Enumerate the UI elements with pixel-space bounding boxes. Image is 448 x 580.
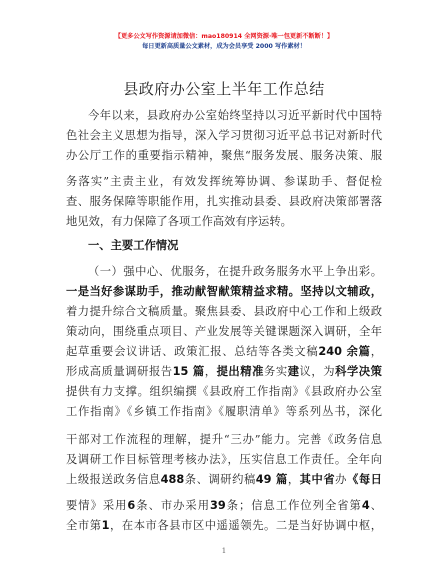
paragraph-line: 办公厅工作的重要指示精神，聚焦“服务发展、服务决策、服 xyxy=(66,146,382,166)
bold-text: 4 xyxy=(362,499,370,512)
paragraph-line: 要情》采用6条、市办采用39条；信息工作位列全省第4、 xyxy=(66,496,382,516)
text: （一）强中心、优服务，在提升政务服务水平上争出彩。 xyxy=(88,265,382,278)
paragraph-line: 策动向，围绕重点项目、产业发展等关键课题深入调研，全年 xyxy=(66,322,382,342)
paragraph-line: 查、服务保障等职能作用，扎实推动县委、县政府决策部署落 xyxy=(66,192,382,212)
paragraph-line: 全市第1，在本市各县市区中遥遥领先。二是当好协调中枢， xyxy=(66,516,382,536)
paragraph-line: 起草重要会议讲话、政策汇报、总结等各类文稿240 余篇， xyxy=(66,342,382,362)
paragraph-line: 及调研工作目标管理考核办法》，压实信息工作责任。全年向 xyxy=(66,450,382,470)
bold-text: 240 余篇 xyxy=(318,345,370,358)
bold-text: 其中省 xyxy=(300,473,336,486)
text: 上级报送政务信息 xyxy=(66,473,161,486)
bold-text: 一是当好参谋助手，推动献智献策精益求精。坚持以文辅政， xyxy=(66,285,382,298)
text: 办 xyxy=(335,473,347,486)
text: 条、市办采用 xyxy=(135,499,210,512)
paragraph-line: 今年以来，县政府办公室始终坚持以习近平新时代中国特 xyxy=(88,106,382,126)
bold-text: 一、主要工作情况 xyxy=(88,239,178,252)
bold-text: 《每日 xyxy=(347,473,382,486)
bold-text: 39 xyxy=(210,499,226,512)
text: 提供有力支撑。组织编撰《县政府工作指南》《县政府办公室 xyxy=(66,385,382,398)
text: 着力提升综合文稿质量。聚焦县委、县政府中心工作和上级政 xyxy=(66,305,382,318)
bold-text: 建 xyxy=(288,365,300,378)
text: 今年以来，县政府办公室始终坚持以习近平新时代中国特 xyxy=(88,109,382,122)
text: ， xyxy=(205,365,217,378)
paragraph-line: 一是当好参谋助手，推动献智献策精益求精。坚持以文辅政， xyxy=(66,282,382,302)
bold-text: 49 篇 xyxy=(256,473,288,486)
paragraph-line: 提供有力支撑。组织编撰《县政府工作指南》《县政府办公室 xyxy=(66,382,382,402)
paragraph-line: 地见效，有力保障了各项工作高效有序运转。 xyxy=(66,212,382,232)
section-heading: 一、主要工作情况 xyxy=(88,236,382,256)
text: 策动向，围绕重点项目、产业发展等关键课题深入调研，全年 xyxy=(66,325,382,338)
text: ，在本市各县市区中遥遥领先。二是当好协调中枢， xyxy=(109,519,382,532)
text: 务实 xyxy=(264,365,288,378)
bold-text: 科学决策 xyxy=(335,365,382,378)
document-title: 县政府办公室上半年工作总结 xyxy=(0,78,448,99)
text: 务落实”主责主业，有效发挥统筹协调、参谋助手、督促检 xyxy=(66,175,382,188)
page-number: 1 xyxy=(0,547,448,555)
text: 干部对工作流程的理解，提升“三办”能力。完善《政务信息 xyxy=(66,433,382,446)
text: 查、服务保障等职能作用，扎实推动县委、县政府决策部署落 xyxy=(66,195,382,208)
bold-text: 提出精准 xyxy=(217,365,264,378)
text: 色社会主义思想为指导，深入学习贯彻习近平总书记对新时代 xyxy=(66,129,382,142)
bold-text: 15 篇 xyxy=(173,365,205,378)
paragraph-line: （一）强中心、优服务，在提升政务服务水平上争出彩。 xyxy=(88,262,382,282)
text: 工作指南》《乡镇工作指南》《履职清单》等系列丛书，深化 xyxy=(66,405,382,418)
text: 条；信息工作位列全省第 xyxy=(226,499,362,512)
paragraph-line: 工作指南》《乡镇工作指南》《履职清单》等系列丛书，深化 xyxy=(66,402,382,422)
text: 形成高质量调研报告 xyxy=(66,365,173,378)
bold-text: 488 xyxy=(161,473,185,486)
paragraph-line: 干部对工作流程的理解，提升“三办”能力。完善《政务信息 xyxy=(66,430,382,450)
promo-line-blue: 每日更新高质量公文素材，成为会员享受 2000 写作素材！ xyxy=(0,41,448,50)
paragraph-line: 色社会主义思想为指导，深入学习贯彻习近平总书记对新时代 xyxy=(66,126,382,146)
text: 办公厅工作的重要指示精神，聚焦“服务发展、服务决策、服 xyxy=(66,149,382,162)
paragraph-line: 形成高质量调研报告15 篇，提出精准务实建议，为科学决策 xyxy=(66,362,382,382)
text: 及调研工作目标管理考核办法》，压实信息工作责任。全年向 xyxy=(66,453,382,466)
text: 要情》采用 xyxy=(66,499,127,512)
text: ， xyxy=(288,473,300,486)
paragraph-line: 上级报送政务信息488条、调研约稿49 篇，其中省办《每日 xyxy=(66,470,382,490)
text: 、 xyxy=(370,499,382,512)
paragraph-line: 务落实”主责主业，有效发挥统筹协调、参谋助手、督促检 xyxy=(66,172,382,192)
text: 议，为 xyxy=(300,365,336,378)
text: 全市第 xyxy=(66,519,102,532)
promo-line-red: 【更多公文写作资源请加微信：mao180914 全网资源·唯一包更新不断断！】 xyxy=(0,31,448,40)
paragraph-line: 着力提升综合文稿质量。聚焦县委、县政府中心工作和上级政 xyxy=(66,302,382,322)
text: 条、调研约稿 xyxy=(184,473,256,486)
text: ， xyxy=(371,345,382,358)
text: 起草重要会议讲话、政策汇报、总结等各类文稿 xyxy=(66,345,318,358)
text: 地见效，有力保障了各项工作高效有序运转。 xyxy=(66,215,292,228)
